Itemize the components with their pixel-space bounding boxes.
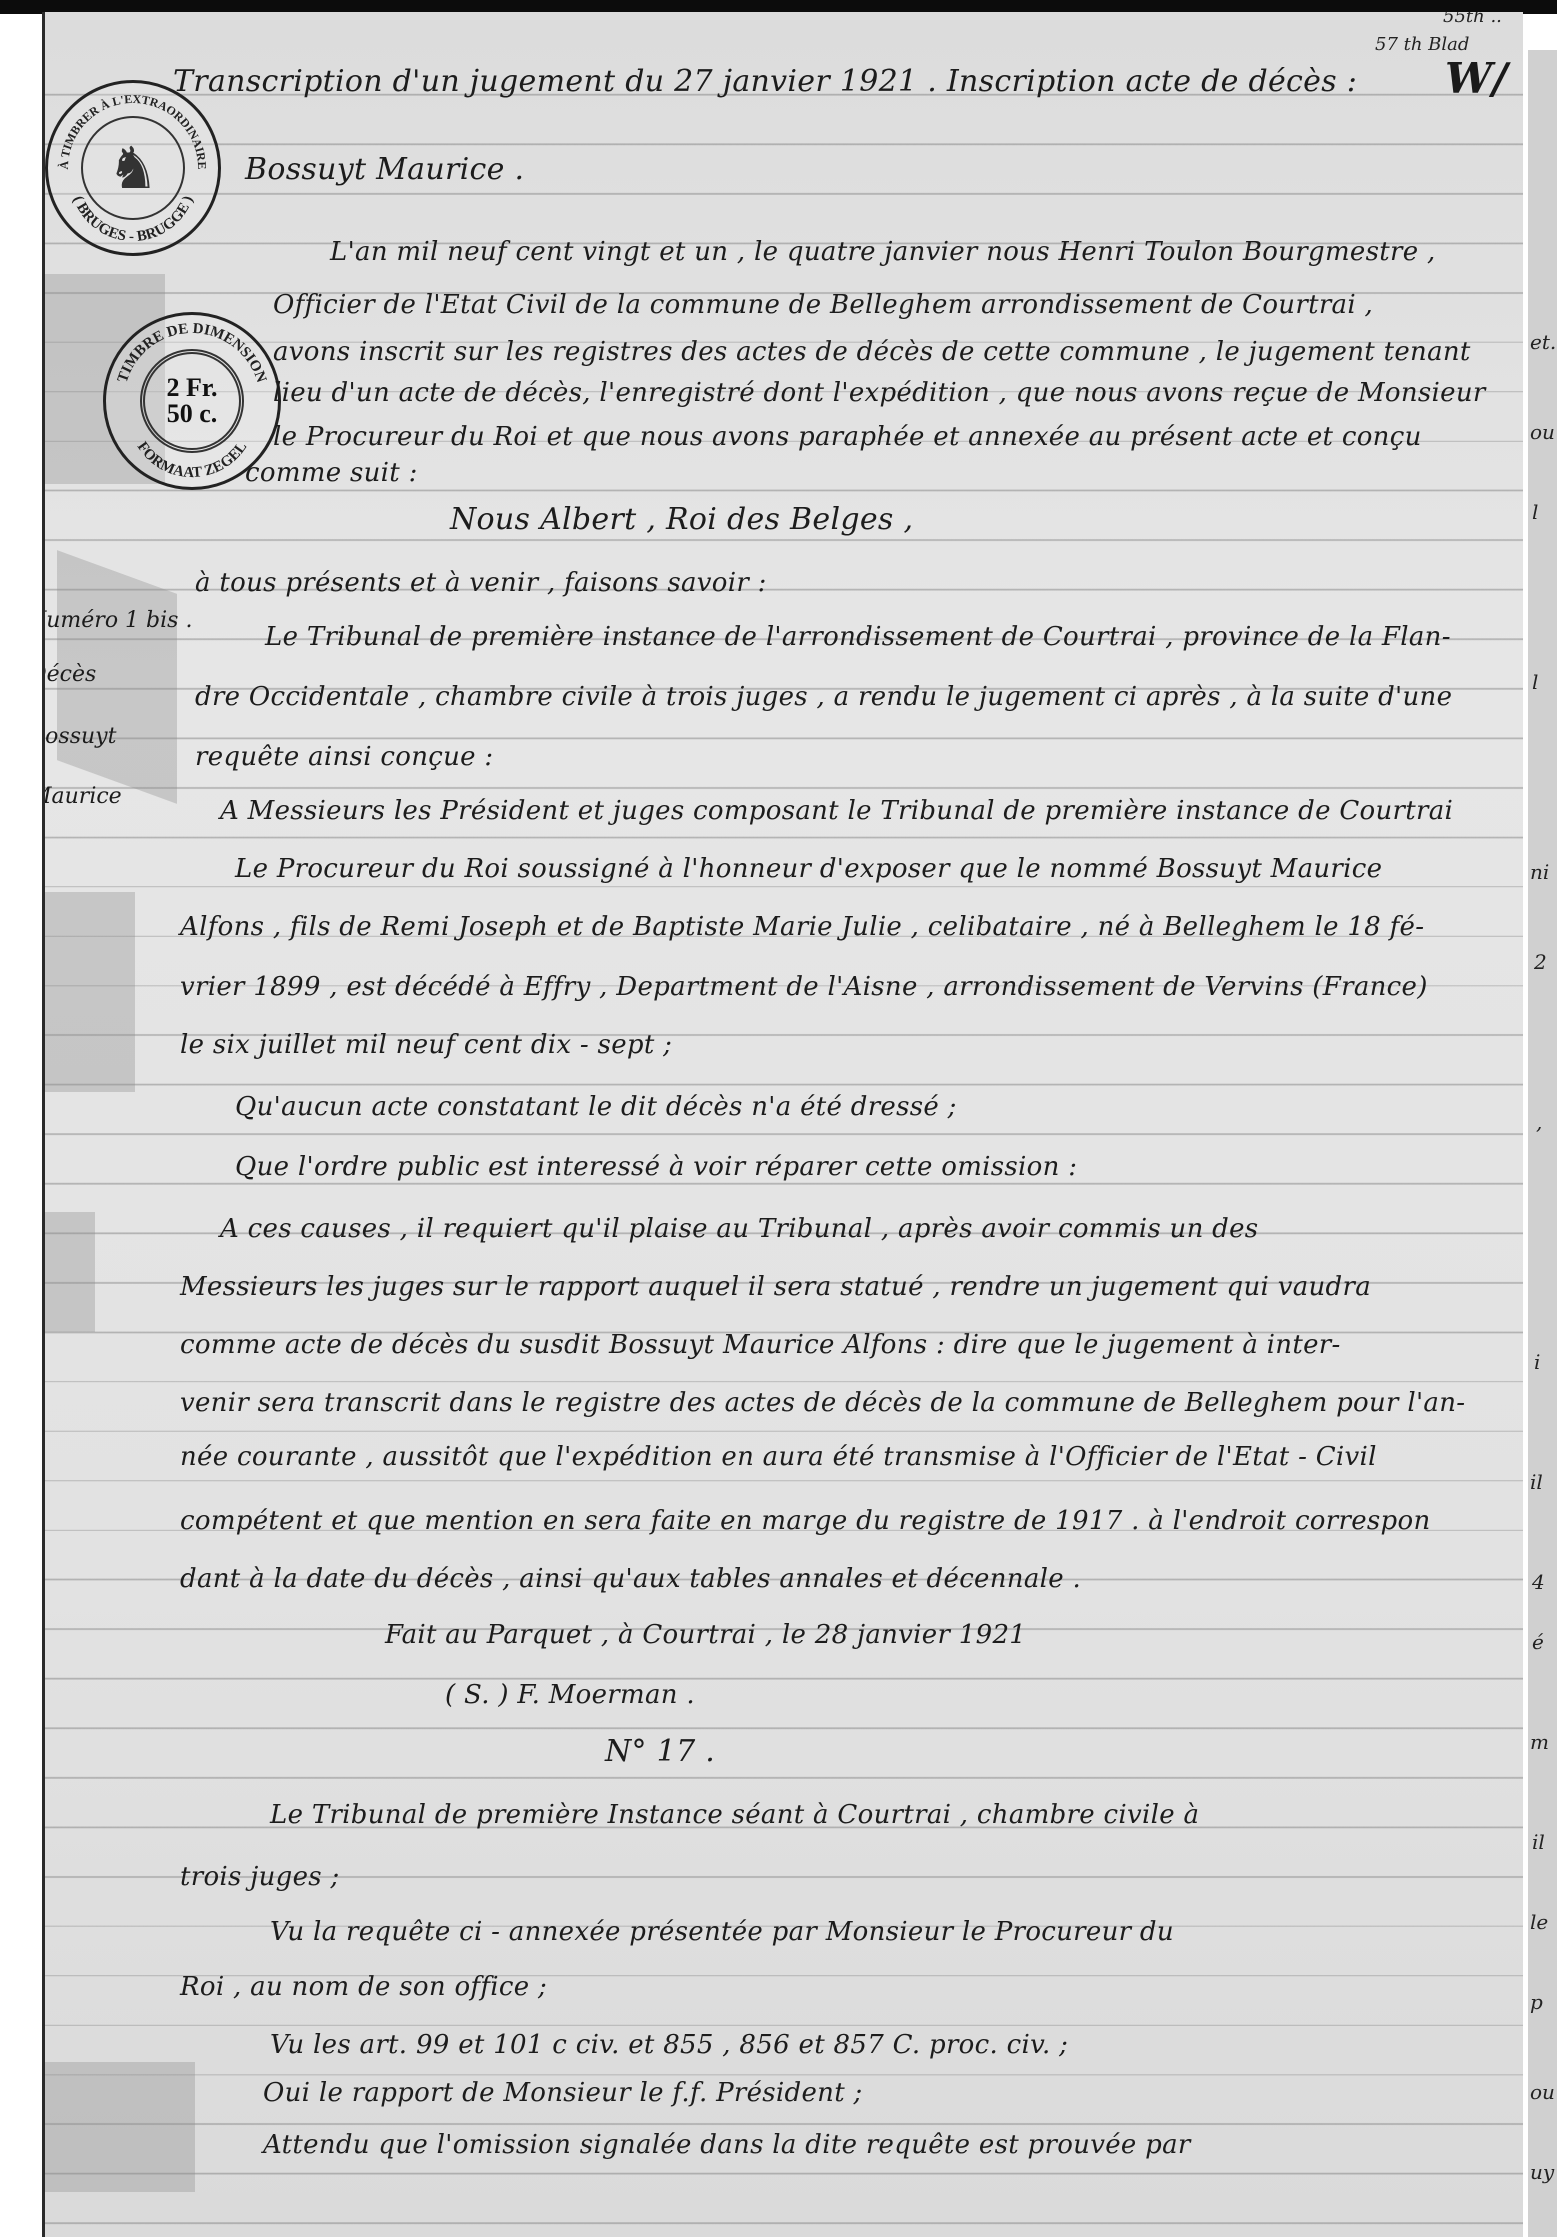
- facing-note: i: [1534, 1350, 1540, 1374]
- request-line: Le Procureur du Roi soussigné à l'honneu…: [235, 854, 1382, 884]
- margin-firstname: Maurice: [42, 784, 122, 809]
- request-line: Qu'aucun acte constatant le dit décès n'…: [235, 1092, 957, 1122]
- signature: ( S. ) F. Moerman .: [445, 1680, 695, 1710]
- margin-deces: Décès: [42, 662, 96, 687]
- request-line: venir sera transcrit dans le registre de…: [180, 1388, 1465, 1418]
- request-line: Messieurs les juges sur le rapport auque…: [180, 1272, 1371, 1302]
- request-line: comme acte de décès du susdit Bossuyt Ma…: [180, 1330, 1341, 1360]
- facing-note: ou: [1530, 2080, 1555, 2104]
- tape-patch: [45, 892, 135, 1092]
- facing-note: l: [1532, 500, 1538, 524]
- judgment-number: N° 17 .: [605, 1734, 715, 1769]
- judgment-line: Le Tribunal de première Instance séant à…: [270, 1800, 1199, 1830]
- facing-note: et.: [1530, 330, 1556, 354]
- facing-page-edge: et. ou l l ni 2 , i il 4 é m il le p ou …: [1528, 50, 1557, 2237]
- facing-note: il: [1530, 1470, 1543, 1494]
- intro-line: L'an mil neuf cent vingt et un , le quat…: [330, 237, 1436, 267]
- judgment-line: Vu les art. 99 et 101 c civ. et 855 , 85…: [270, 2030, 1068, 2060]
- tape-patch: [45, 2062, 195, 2192]
- margin-surname: Bossuyt: [42, 724, 116, 749]
- document-title: Transcription d'un jugement du 27 janvie…: [173, 64, 1357, 99]
- lion-emblem-icon: ♞: [107, 139, 159, 197]
- facing-note: m: [1530, 1730, 1549, 1754]
- tribunal-line: Le Tribunal de première instance de l'ar…: [265, 622, 1451, 652]
- judgment-line: Oui le rapport de Monsieur le f.f. Prési…: [263, 2078, 863, 2108]
- facing-note: uy: [1530, 2160, 1554, 2184]
- facing-note: 2: [1534, 950, 1547, 974]
- signed-place-date: Fait au Parquet , à Courtrai , le 28 jan…: [385, 1620, 1026, 1650]
- facing-note: ou: [1530, 420, 1555, 444]
- request-line: dant à la date du décès , ainsi qu'aux t…: [180, 1564, 1081, 1594]
- request-line: A ces causes , il requiert qu'il plaise …: [220, 1214, 1258, 1244]
- request-line: née courante , aussitôt que l'expédition…: [180, 1442, 1377, 1472]
- stamp-value-cents: 50 c.: [167, 401, 218, 427]
- judgment-line: Roi , au nom de son office ;: [180, 1972, 547, 2002]
- royal-salutation: à tous présents et à venir , faisons sav…: [195, 568, 767, 598]
- request-line: A Messieurs les Président et juges compo…: [220, 796, 1453, 826]
- request-line: Alfons , fils de Remi Joseph et de Bapti…: [180, 912, 1424, 942]
- intro-line: comme suit :: [245, 458, 418, 488]
- title-mark: W/: [1445, 54, 1508, 103]
- intro-line: le Procureur du Roi et que nous avons pa…: [273, 422, 1422, 452]
- judgment-line: trois juges ;: [180, 1862, 340, 1892]
- stamp-value-francs: 2 Fr.: [166, 375, 217, 401]
- corner-note-2: 57 th Blad: [1375, 34, 1469, 55]
- tribunal-line: requête ainsi conçue :: [195, 742, 493, 772]
- facing-note: l: [1532, 670, 1538, 694]
- register-page: 55th .. 57 th Blad À TIMBRER À L'EXTRAOR…: [42, 12, 1523, 2237]
- intro-line: lieu d'un acte de décès, l'enregistré do…: [273, 378, 1486, 408]
- facing-note: le: [1530, 1910, 1548, 1934]
- margin-number: Numéro 1 bis .: [42, 608, 192, 633]
- facing-note: é: [1532, 1630, 1544, 1654]
- facing-note: ni: [1530, 860, 1549, 884]
- intro-line: avons inscrit sur les registres des acte…: [273, 337, 1471, 367]
- tribunal-line: dre Occidentale , chambre civile à trois…: [195, 682, 1452, 712]
- tape-patch: [45, 1212, 95, 1332]
- corner-note-1: 55th ..: [1443, 12, 1502, 27]
- facing-note: p: [1530, 1990, 1543, 2014]
- judgment-line: Vu la requête ci - annexée présentée par…: [270, 1917, 1174, 1947]
- request-line: Que l'ordre public est interessé à voir …: [235, 1152, 1077, 1182]
- request-line: vrier 1899 , est décédé à Effry , Depart…: [180, 972, 1428, 1002]
- facing-note: 4: [1532, 1570, 1545, 1594]
- facing-note: ,: [1536, 1110, 1542, 1134]
- facing-note: il: [1532, 1830, 1545, 1854]
- royal-heading: Nous Albert , Roi des Belges ,: [450, 502, 913, 537]
- request-line: compétent et que mention en sera faite e…: [180, 1506, 1431, 1536]
- request-line: le six juillet mil neuf cent dix - sept …: [180, 1030, 672, 1060]
- judgment-line: Attendu que l'omission signalée dans la …: [263, 2130, 1191, 2160]
- intro-line: Officier de l'Etat Civil de la commune d…: [273, 290, 1373, 320]
- name-heading: Bossuyt Maurice .: [245, 152, 524, 187]
- stamp-extraordinary-bruges: À TIMBRER À L'EXTRAORDINAIRE ( BRUGES - …: [45, 80, 221, 256]
